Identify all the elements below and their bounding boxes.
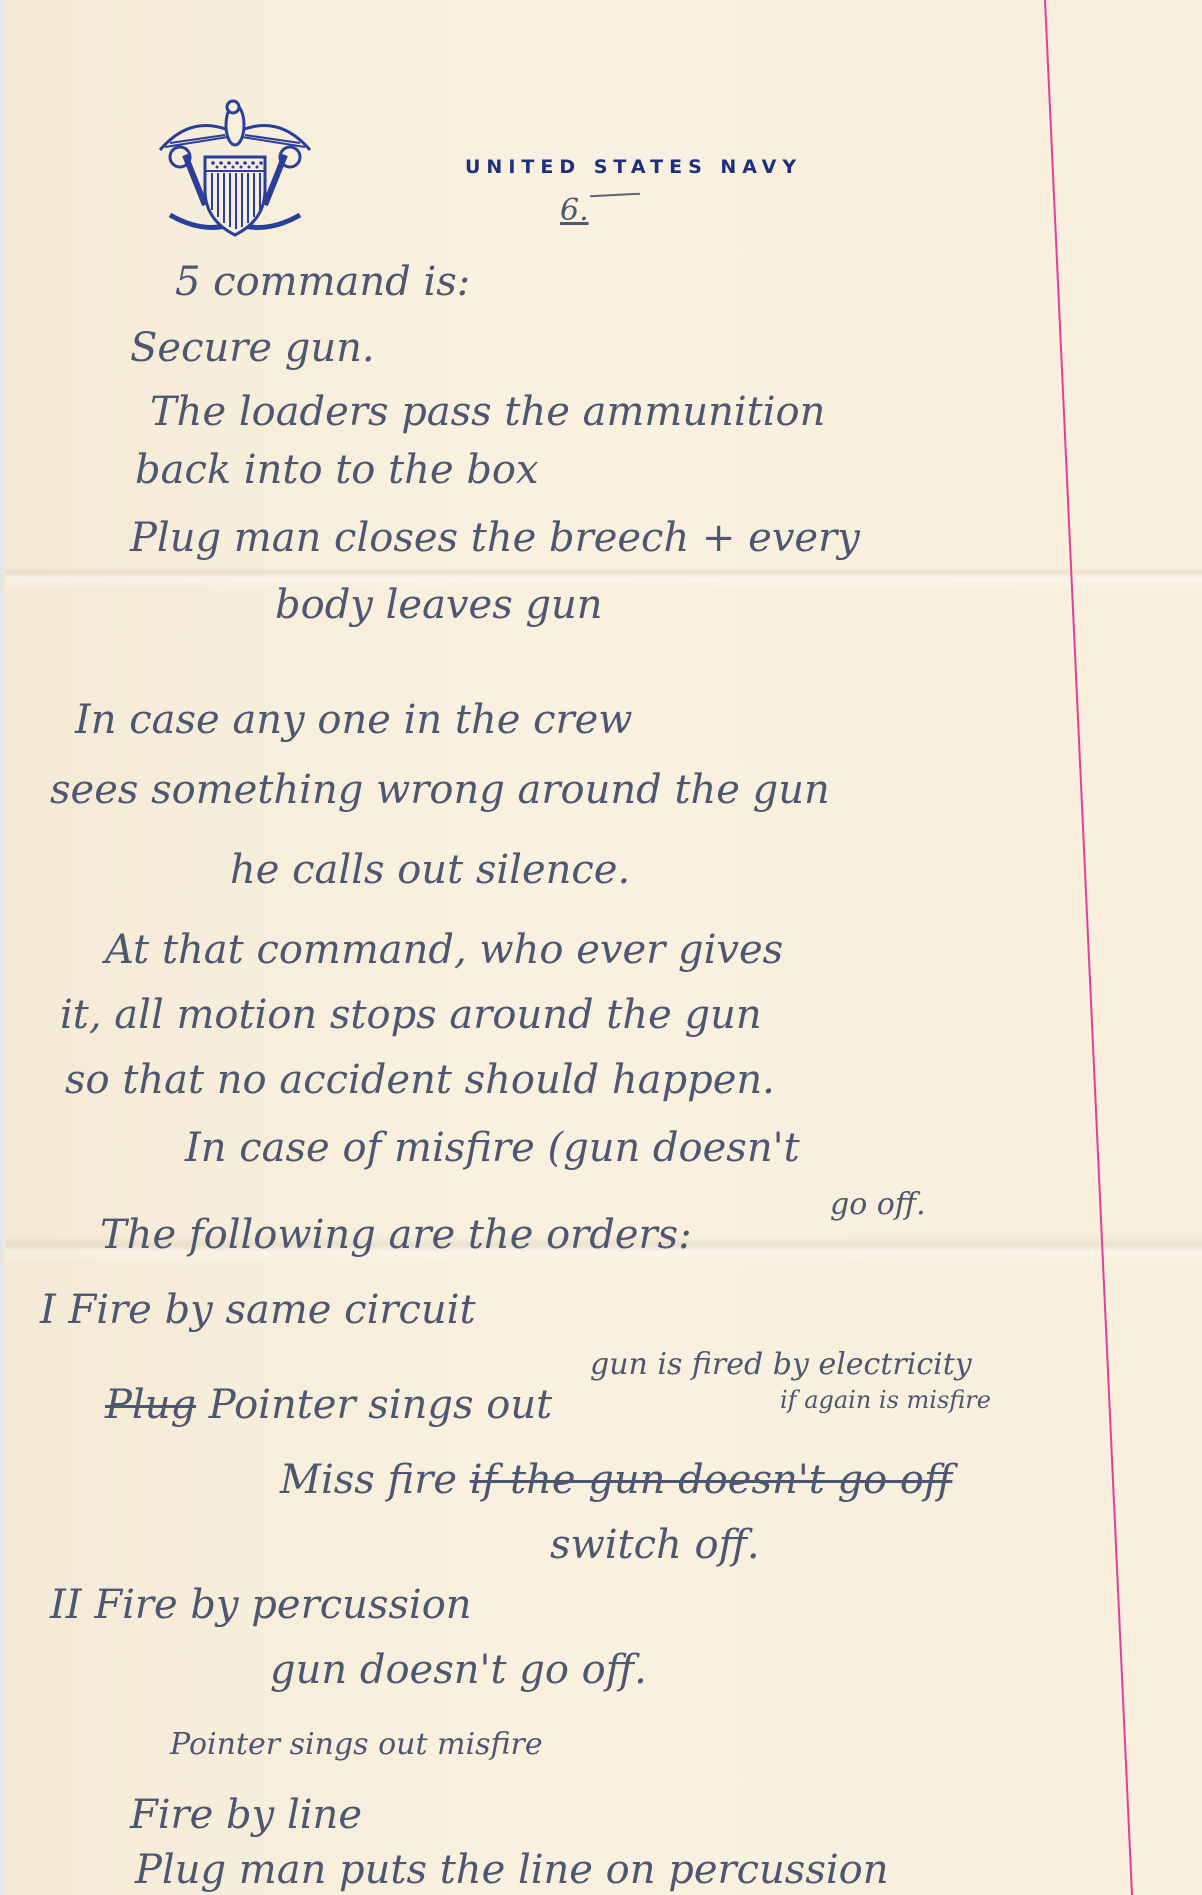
text-line: I Fire by same circuit <box>40 1290 476 1330</box>
text-line: Plug man closes the breech + every <box>130 518 860 558</box>
text-line: so that no accident should happen. <box>65 1060 775 1100</box>
text-line: body leaves gun <box>275 585 603 625</box>
text-line: 5 command is: <box>175 262 470 302</box>
text-line: switch off. <box>550 1525 760 1565</box>
text-line: Pointer sings out misfire <box>170 1730 543 1760</box>
text-line: gun is fired by electricity <box>590 1350 972 1380</box>
struck-word: Plug <box>105 1382 196 1428</box>
page-number: 6. <box>560 196 589 226</box>
text-line: go off. <box>830 1190 926 1220</box>
text-line: The loaders pass the ammunition <box>150 392 825 432</box>
text-line: he calls out silence. <box>230 850 630 890</box>
text-line: In case any one in the crew <box>75 700 633 740</box>
text-line: sees something wrong around the gun <box>50 770 830 810</box>
text-line: Secure gun. <box>130 328 375 368</box>
letterhead-title: UNITED STATES NAVY <box>465 156 802 178</box>
text-line: gun doesn't go off. <box>270 1650 647 1690</box>
text-line: In case of misfire (gun doesn't <box>185 1128 800 1168</box>
text-line: Plug Pointer sings out <box>105 1385 552 1425</box>
navy-crest-icon <box>150 95 320 240</box>
text-line: Miss fire if the gun doesn't go off <box>280 1460 952 1500</box>
text-line: II Fire by percussion <box>50 1585 472 1625</box>
text-line: Fire by line <box>130 1795 362 1835</box>
text-segment: Pointer sings out <box>209 1382 552 1428</box>
text-line: back into to the box <box>135 450 539 490</box>
text-line: Plug man puts the line on percussion <box>135 1850 889 1890</box>
text-line: if again is misfire <box>780 1388 991 1412</box>
text-line: The following are the orders: <box>100 1215 692 1255</box>
text-line: At that command, who ever gives <box>105 930 783 970</box>
text-segment: Miss fire <box>280 1457 457 1503</box>
text-line: it, all motion stops around the gun <box>60 995 762 1035</box>
struck-phrase: if the gun doesn't go off <box>470 1457 953 1503</box>
